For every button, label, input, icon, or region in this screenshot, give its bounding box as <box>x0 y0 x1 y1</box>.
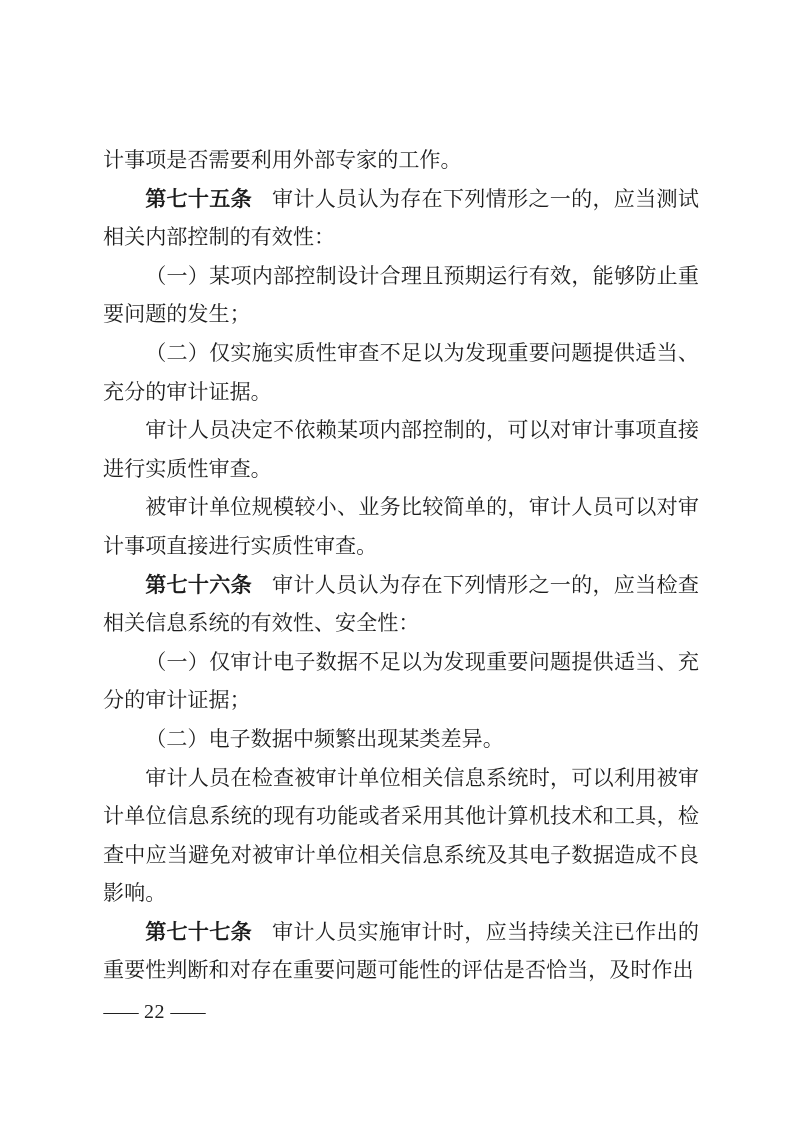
page-number: 22 <box>144 999 165 1025</box>
paragraph-text: （一）某项内部控制设计合理且预期运行有效，能够防止重要问题的发生； <box>103 264 699 327</box>
article-number: 第七十五条 <box>145 187 252 211</box>
paragraph-text: 审计人员在检查被审计单位相关信息系统时，可以利用被审计单位信息系统的现有功能或者… <box>103 766 699 906</box>
paragraph-text: （一）仅审计电子数据不足以为发现重要问题提供适当、充分的审计证据； <box>103 650 699 713</box>
paragraph: 第七十五条审计人员认为存在下列情形之一的，应当测试相关内部控制的有效性： <box>103 180 699 257</box>
document-body: 计事项是否需要利用外部专家的工作。 第七十五条审计人员认为存在下列情形之一的，应… <box>103 141 699 990</box>
paragraph: （二）仅实施实质性审查不足以为发现重要问题提供适当、充分的审计证据。 <box>103 334 699 411</box>
paragraph: （二）电子数据中频繁出现某类差异。 <box>103 720 699 759</box>
footer-dash-right: — <box>171 999 206 1025</box>
paragraph-text: （二）仅实施实质性审查不足以为发现重要问题提供适当、充分的审计证据。 <box>103 341 699 404</box>
paragraph: （一）某项内部控制设计合理且预期运行有效，能够防止重要问题的发生； <box>103 257 699 334</box>
paragraph: 第七十六条审计人员认为存在下列情形之一的，应当检查相关信息系统的有效性、安全性： <box>103 566 699 643</box>
paragraph: 审计人员决定不依赖某项内部控制的，可以对审计事项直接进行实质性审查。 <box>103 411 699 488</box>
paragraph: 第七十七条审计人员实施审计时，应当持续关注已作出的重要性判断和对存在重要问题可能… <box>103 913 699 990</box>
footer-dash-left: — <box>104 999 139 1025</box>
page-footer: —22— <box>104 999 205 1025</box>
paragraph-text: （二）电子数据中频繁出现某类差异。 <box>145 727 504 751</box>
document-page: 计事项是否需要利用外部专家的工作。 第七十五条审计人员认为存在下列情形之一的，应… <box>0 0 793 1122</box>
paragraph-text: 被审计单位规模较小、业务比较简单的，审计人员可以对审计事项直接进行实质性审查。 <box>103 495 699 558</box>
paragraph: 被审计单位规模较小、业务比较简单的，审计人员可以对审计事项直接进行实质性审查。 <box>103 488 699 565</box>
paragraph: 计事项是否需要利用外部专家的工作。 <box>103 141 699 180</box>
paragraph: 审计人员在检查被审计单位相关信息系统时，可以利用被审计单位信息系统的现有功能或者… <box>103 759 699 913</box>
paragraph: （一）仅审计电子数据不足以为发现重要问题提供适当、充分的审计证据； <box>103 643 699 720</box>
paragraph-text: 计事项是否需要利用外部专家的工作。 <box>103 148 462 172</box>
article-number: 第七十七条 <box>145 920 252 944</box>
article-number: 第七十六条 <box>145 573 252 597</box>
paragraph-text: 审计人员决定不依赖某项内部控制的，可以对审计事项直接进行实质性审查。 <box>103 418 699 481</box>
